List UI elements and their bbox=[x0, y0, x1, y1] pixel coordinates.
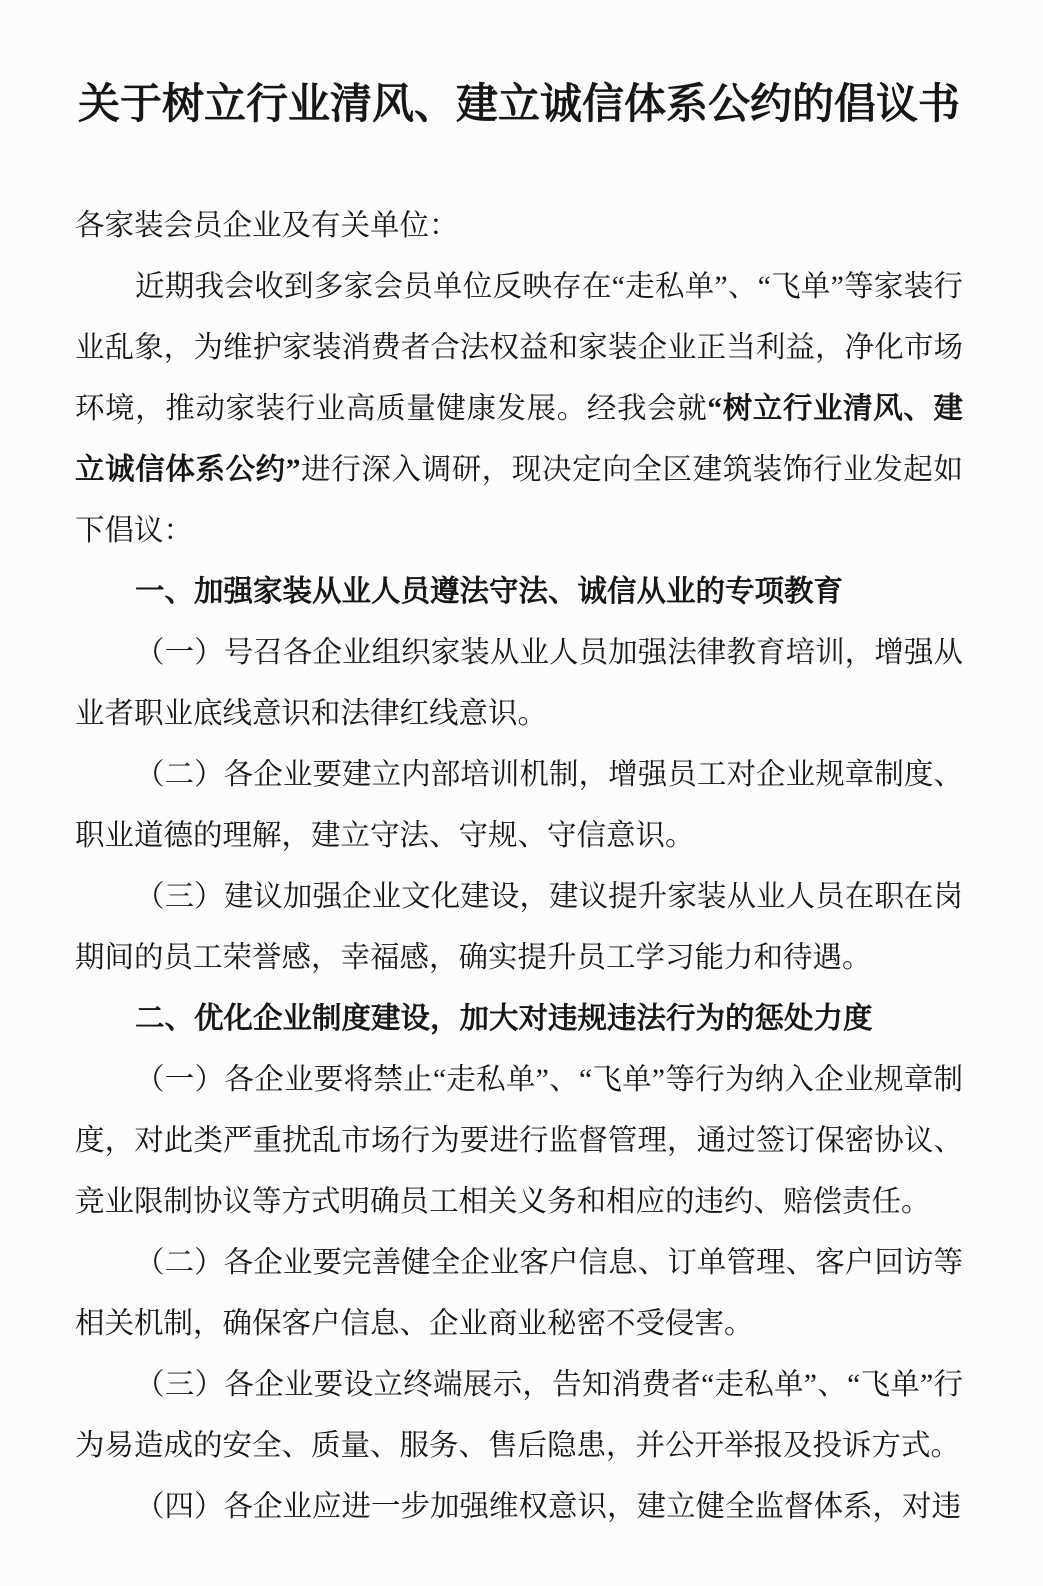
paragraph-2-1: （一）各企业要将禁止“走私单”、“飞单”等行为纳入企业规章制度，对此类严重扰乱市… bbox=[75, 1050, 963, 1233]
paragraph-2-3: （三）各企业要设立终端展示，告知消费者“走私单”、“飞单”行为易造成的安全、质量… bbox=[75, 1355, 963, 1477]
paragraph-intro: 近期我会收到多家会员单位反映存在“走私单”、“飞单”等家装行业乱象，为维护家装消… bbox=[75, 257, 963, 562]
paragraph-1-2: （二）各企业要建立内部培训机制，增强员工对企业规章制度、职业道德的理解，建立守法… bbox=[75, 745, 963, 867]
section-heading-1: 一、加强家装从业人员遵法守法、诚信从业的专项教育 bbox=[75, 562, 963, 623]
paragraph-2-2: （二）各企业要完善健全企业客户信息、订单管理、客户回访等相关机制，确保客户信息、… bbox=[75, 1233, 963, 1355]
document-page: 关于树立行业清风、建立诚信体系公约的倡议书 各家装会员企业及有关单位： 近期我会… bbox=[0, 0, 1043, 1586]
salutation: 各家装会员企业及有关单位： bbox=[75, 196, 963, 257]
paragraph-1-1: （一）号召各企业组织家装从业人员加强法律教育培训，增强从业者职业底线意识和法律红… bbox=[75, 623, 963, 745]
section-heading-2: 二、优化企业制度建设，加大对违规违法行为的惩处力度 bbox=[75, 989, 963, 1050]
paragraph-1-3: （三）建议加强企业文化建设，建议提升家装从业人员在职在岗期间的员工荣誉感，幸福感… bbox=[75, 867, 963, 989]
paragraph-2-4-truncated: （四）各企业应进一步加强维权意识，建立健全监督体系，对违 bbox=[75, 1477, 963, 1538]
document-title: 关于树立行业清风、建立诚信体系公约的倡议书 bbox=[75, 72, 963, 138]
